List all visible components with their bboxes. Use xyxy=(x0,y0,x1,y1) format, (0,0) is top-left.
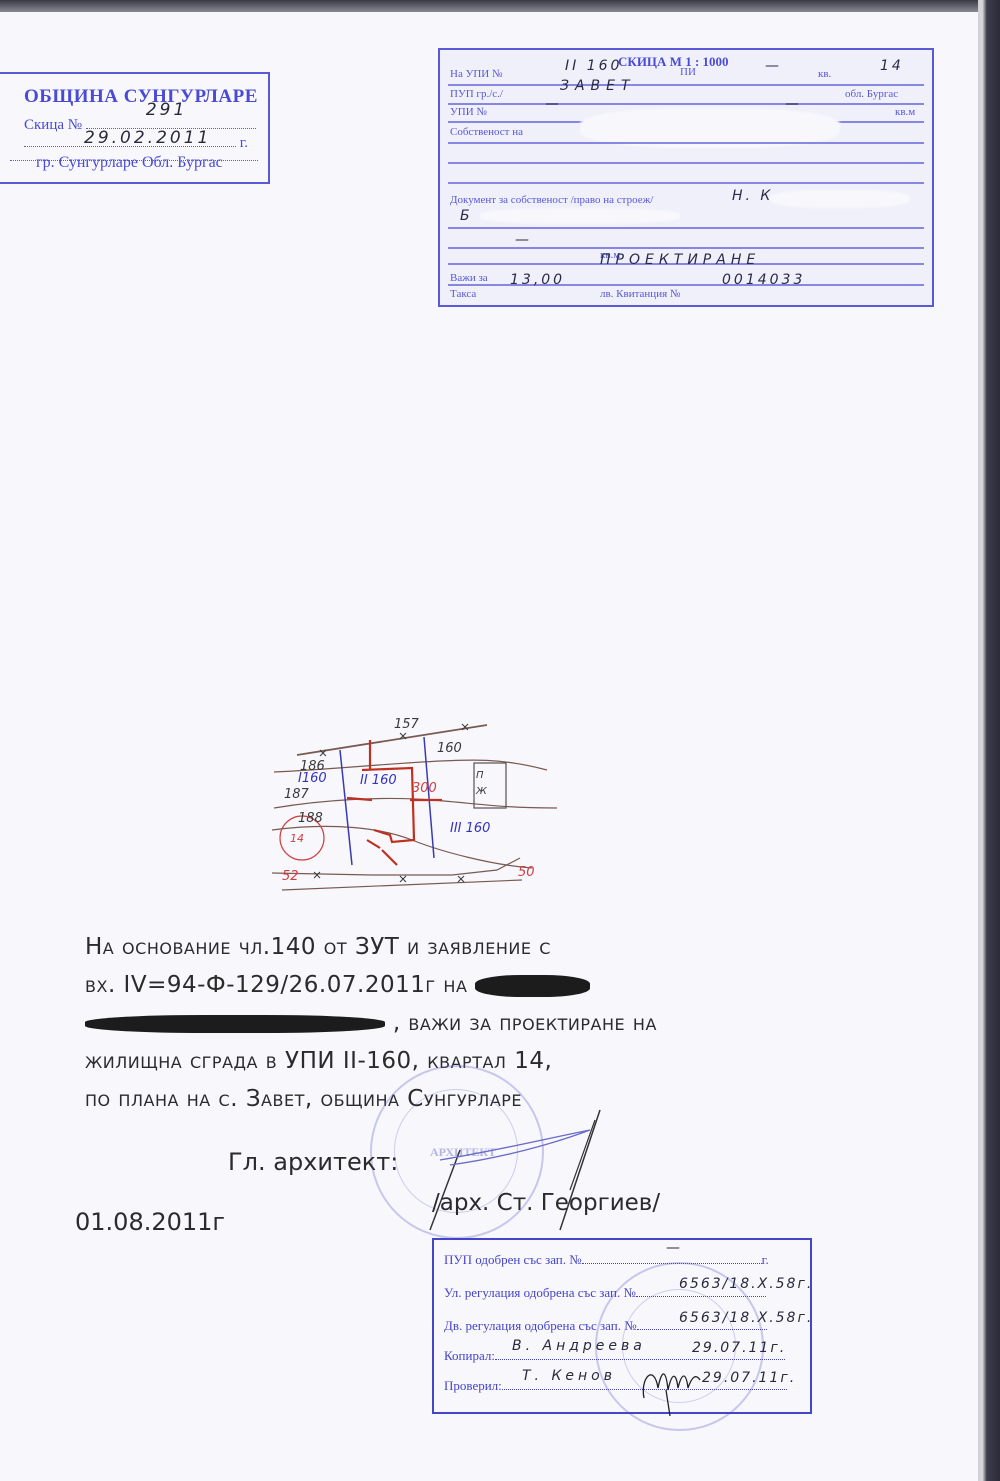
approval-row: ПУП одобрен със зап. №г. xyxy=(444,1252,769,1268)
receipt-value: 0014033 xyxy=(722,272,805,288)
red-label-300: 300 xyxy=(412,781,437,796)
scanner-right-edge xyxy=(978,0,1000,1481)
resolution-line: вх. IV=94-Ф-129/26.07.2011г на xyxy=(85,966,805,1004)
copied-date: 29.07.11г. xyxy=(692,1340,786,1356)
approval-value: 6563/18.X.58г. xyxy=(679,1276,813,1292)
field-value: Н. К xyxy=(732,188,773,204)
lot-label-188: 188 xyxy=(298,811,323,826)
approval-value: — xyxy=(666,1240,682,1256)
municipality-location: гр. Сунгурларе Обл. Бургас xyxy=(36,154,223,172)
field-value: II 160 xyxy=(565,58,622,74)
sketch-number-label: Скица № xyxy=(24,117,82,133)
plan-sketch: 157 160 186 187 188 I160 II 160 III 160 … xyxy=(262,700,562,910)
redaction-document xyxy=(770,190,910,208)
sketch-stamp-title: СКИЦА М 1 : 1000 xyxy=(618,54,729,70)
resolution-line: , важи за проектиране на xyxy=(85,1004,805,1042)
sketch-number-value: 291 xyxy=(146,100,187,120)
resolution-line: На основание чл.140 от ЗУТ и заявление с xyxy=(85,928,805,966)
form-line xyxy=(448,182,924,184)
form-line xyxy=(448,103,924,105)
form-line xyxy=(448,84,924,86)
municipality-stamp: ОБЩИНА СУНГУРЛАРЕ Скица № 291 29.02.2011… xyxy=(0,72,270,184)
block-label-14: 14 xyxy=(290,832,304,845)
redaction-document-2 xyxy=(480,208,680,224)
validity-value: проектиране xyxy=(600,252,760,268)
lot-label-187: 187 xyxy=(284,787,310,802)
redaction-applicant-2 xyxy=(85,1015,385,1033)
form-line xyxy=(448,227,924,229)
field-value: 14 xyxy=(880,58,904,74)
sketch-stamp: СКИЦА М 1 : 1000 На УПИ № II 160 ПИ — кв… xyxy=(438,48,934,307)
field-label: Документ за собственост /право на строеж… xyxy=(450,194,653,206)
sketch-date-value: 29.02.2011 xyxy=(84,128,211,148)
municipality-title: ОБЩИНА СУНГУРЛАРЕ xyxy=(24,86,258,108)
field-value: Б xyxy=(460,208,473,224)
lot-label-157: 157 xyxy=(394,717,420,732)
checked-by: Т. Кенов xyxy=(522,1368,616,1384)
red-label-52: 52 xyxy=(282,869,299,884)
field-label: УПИ № xyxy=(450,106,487,118)
red-label-50: 50 xyxy=(518,865,535,880)
field-label: ПИ xyxy=(680,66,696,78)
svg-text:Ж: Ж xyxy=(475,786,488,797)
scanner-top-edge xyxy=(0,0,1000,12)
field-value: Завет xyxy=(560,78,636,94)
field-label: кв. xyxy=(818,68,831,80)
field-value: — xyxy=(765,58,782,74)
field-value: — xyxy=(515,232,532,248)
lot-label-I160: I160 xyxy=(298,771,327,786)
building-mark: П xyxy=(476,770,484,781)
issue-date: 01.08.2011г xyxy=(75,1208,225,1236)
chief-architect-title: Гл. архитект: xyxy=(228,1148,398,1176)
checked-date: 29.07.11г. xyxy=(702,1370,796,1386)
lot-label-160: 160 xyxy=(437,741,462,756)
redaction-applicant xyxy=(475,975,590,997)
field-label: ПУП гр./с./ xyxy=(450,88,503,100)
sketch-date-row: 29.02.2011 г. xyxy=(24,132,248,152)
signature-strokes xyxy=(420,1090,620,1240)
fee-value: 13,00 xyxy=(510,272,565,288)
copied-by: В. Андреева xyxy=(512,1338,646,1354)
form-line xyxy=(448,162,924,164)
architect-name: /арх. Ст. Георгиев/ xyxy=(432,1190,660,1216)
field-label: Такса xyxy=(450,288,476,300)
date-suffix: г. xyxy=(240,135,248,151)
lot-label-III160: III 160 xyxy=(450,821,490,836)
form-line xyxy=(448,142,924,144)
checker-signature xyxy=(636,1358,706,1418)
approval-stamp: ПУП одобрен със зап. №г. — Ул. регулация… xyxy=(432,1238,812,1414)
field-label: обл. Бургас xyxy=(845,88,898,100)
lot-label-II160: II 160 xyxy=(360,773,397,788)
field-label: Важи за xyxy=(450,272,488,284)
field-label: лв. Квитанция № xyxy=(600,288,680,300)
field-label: На УПИ № xyxy=(450,68,503,80)
field-label: Собственост на xyxy=(450,126,523,138)
approval-value: 6563/18.X.58г. xyxy=(679,1310,813,1326)
field-value: — xyxy=(545,96,562,112)
field-label: кв.м xyxy=(895,106,915,118)
